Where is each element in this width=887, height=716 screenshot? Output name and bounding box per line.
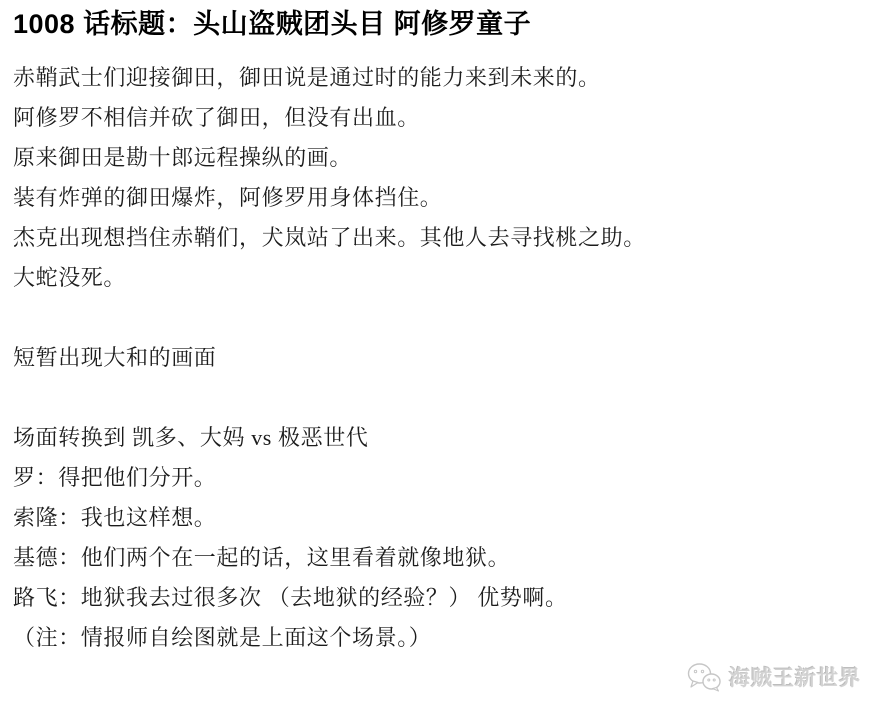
text-line: 路飞：地狱我去过很多次 （去地狱的经验？） 优势啊。: [13, 578, 877, 618]
wechat-logo-icon: [687, 662, 721, 692]
blank-line: [13, 298, 877, 338]
text-line: 大蛇没死。: [13, 258, 877, 298]
text-line: 原来御田是勘十郎远程操纵的画。: [13, 138, 877, 178]
text-line: （注：情报师自绘图就是上面这个场景。）: [13, 618, 877, 658]
text-line: 罗：得把他们分开。: [13, 458, 877, 498]
blank-line: [13, 378, 877, 418]
page-title: 1008 话标题：头山盗贼团头目 阿修罗童子: [13, 8, 531, 40]
spoiler-text-block: 赤鞘武士们迎接御田，御田说是通过时的能力来到未来的。 阿修罗不相信并砍了御田，但…: [13, 58, 877, 658]
watermark-label: 海贼王新世界: [729, 662, 861, 692]
text-line: 索隆：我也这样想。: [13, 498, 877, 538]
text-line: 阿修罗不相信并砍了御田，但没有出血。: [13, 98, 877, 138]
text-line: 短暂出现大和的画面: [13, 338, 877, 378]
text-line: 赤鞘武士们迎接御田，御田说是通过时的能力来到未来的。: [13, 58, 877, 98]
article-page: 1008 话标题：头山盗贼团头目 阿修罗童子 赤鞘武士们迎接御田，御田说是通过时…: [0, 0, 887, 716]
text-line: 装有炸弹的御田爆炸，阿修罗用身体挡住。: [13, 178, 877, 218]
text-line: 杰克出现想挡住赤鞘们，犬岚站了出来。其他人去寻找桃之助。: [13, 218, 877, 258]
text-line: 场面转换到 凯多、大妈 vs 极恶世代: [13, 418, 877, 458]
text-line: 基德：他们两个在一起的话，这里看着就像地狱。: [13, 538, 877, 578]
watermark: 海贼王新世界: [687, 662, 861, 692]
